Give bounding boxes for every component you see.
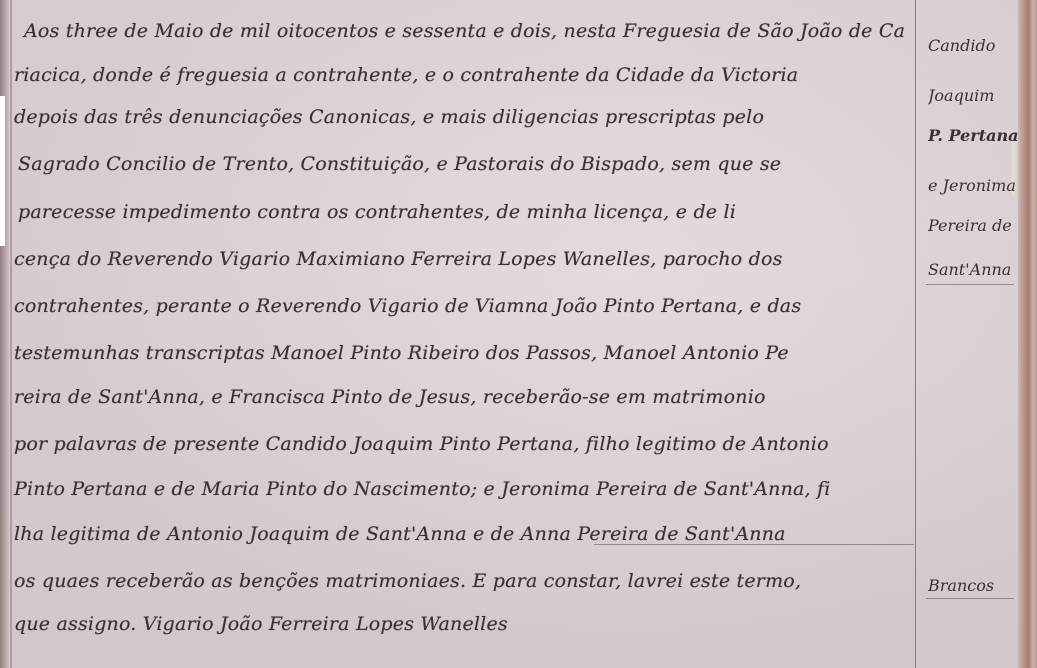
ruled-stroke <box>594 544 914 545</box>
right-margin-rule <box>915 0 916 668</box>
text-line: parecesse impedimento contra os contrahe… <box>18 201 736 223</box>
signature-line: que assigno. Vigario João Ferreira Lopes… <box>14 613 508 635</box>
text-line: por palavras de presente Candido Joaquim… <box>14 433 829 455</box>
margin-note-line: Brancos <box>928 576 1020 595</box>
margin-note-line: Sant'Anna <box>928 260 1020 279</box>
margin-underline <box>926 598 1014 599</box>
text-line: os quaes receberão as benções matrimonia… <box>14 570 801 592</box>
scan-white-notch <box>0 96 5 246</box>
text-line: depois das três denunciações Canonicas, … <box>14 106 764 128</box>
page-edge-stain <box>1018 0 1037 668</box>
text-line: riacica, donde é freguesia a contrahente… <box>14 64 798 86</box>
margin-note-line: Pereira de <box>928 216 1020 235</box>
text-line: reira de Sant'Anna, e Francisca Pinto de… <box>14 386 766 408</box>
left-margin-rule <box>10 0 12 668</box>
margin-note-line: Joaquim <box>928 86 1020 105</box>
text-line: cença do Reverendo Vigario Maximiano Fer… <box>14 248 783 270</box>
margin-note-line: e Jeronima <box>928 176 1020 195</box>
manuscript-page: Aos three de Maio de mil oitocentos e se… <box>0 0 1037 668</box>
margin-note-line: P. Pertana <box>928 126 1020 145</box>
text-line: contrahentes, perante o Reverendo Vigari… <box>14 295 801 317</box>
text-line: Pinto Pertana e de Maria Pinto do Nascim… <box>14 478 831 500</box>
text-line: Sagrado Concilio de Trento, Constituição… <box>18 153 781 175</box>
text-line: Aos three de Maio de mil oitocentos e se… <box>24 20 905 42</box>
margin-underline <box>926 284 1014 285</box>
text-line: lha legitima de Antonio Joaquim de Sant'… <box>14 523 786 545</box>
text-line: testemunhas transcriptas Manoel Pinto Ri… <box>14 342 789 364</box>
margin-note-line: Candido <box>928 36 1020 55</box>
